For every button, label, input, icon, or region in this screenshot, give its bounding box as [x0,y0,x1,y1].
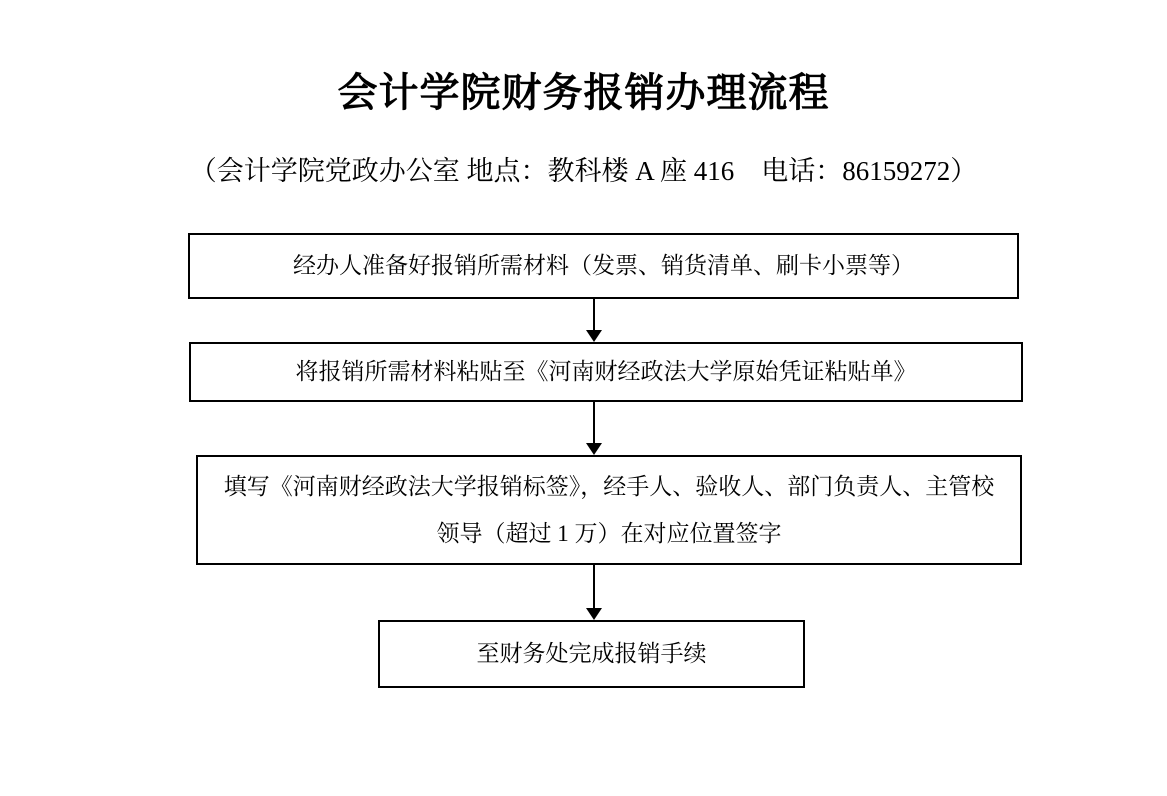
arrow-head-icon [586,443,602,455]
document-page: 会计学院财务报销办理流程 （会计学院党政办公室 地点：教科楼 A 座 416 电… [0,0,1167,796]
flow-step-label: 将报销所需材料粘贴至《河南财经政法大学原始凭证粘贴单》 [296,355,917,389]
flow-step-label-line-2: 领导（超过 1 万）在对应位置签字 [437,510,782,557]
flow-arrow-down-1 [586,299,602,342]
flow-step-fill-label-and-sign: 填写《河南财经政法大学报销标签》，经手人、验收人、部门负责人、主管校 领导（超过… [196,455,1022,565]
flow-arrow-down-3 [586,565,602,620]
arrow-line [593,299,595,330]
arrow-head-icon [586,330,602,342]
arrow-head-icon [586,608,602,620]
arrow-line [593,402,595,443]
flow-step-paste-vouchers: 将报销所需材料粘贴至《河南财经政法大学原始凭证粘贴单》 [189,342,1023,402]
flow-step-label: 至财务处完成报销手续 [477,637,707,671]
page-subtitle: （会计学院党政办公室 地点：教科楼 A 座 416 电话：86159272） [0,150,1167,192]
flow-step-prepare-materials: 经办人准备好报销所需材料（发票、销货清单、刷卡小票等） [188,233,1019,299]
page-title: 会计学院财务报销办理流程 [0,68,1167,118]
arrow-line [593,565,595,608]
flow-step-label: 经办人准备好报销所需材料（发票、销货清单、刷卡小票等） [293,249,914,283]
flow-arrow-down-2 [586,402,602,455]
flow-step-label-line-1: 填写《河南财经政法大学报销标签》，经手人、验收人、部门负责人、主管校 [224,463,995,510]
flow-step-finance-office: 至财务处完成报销手续 [378,620,805,688]
